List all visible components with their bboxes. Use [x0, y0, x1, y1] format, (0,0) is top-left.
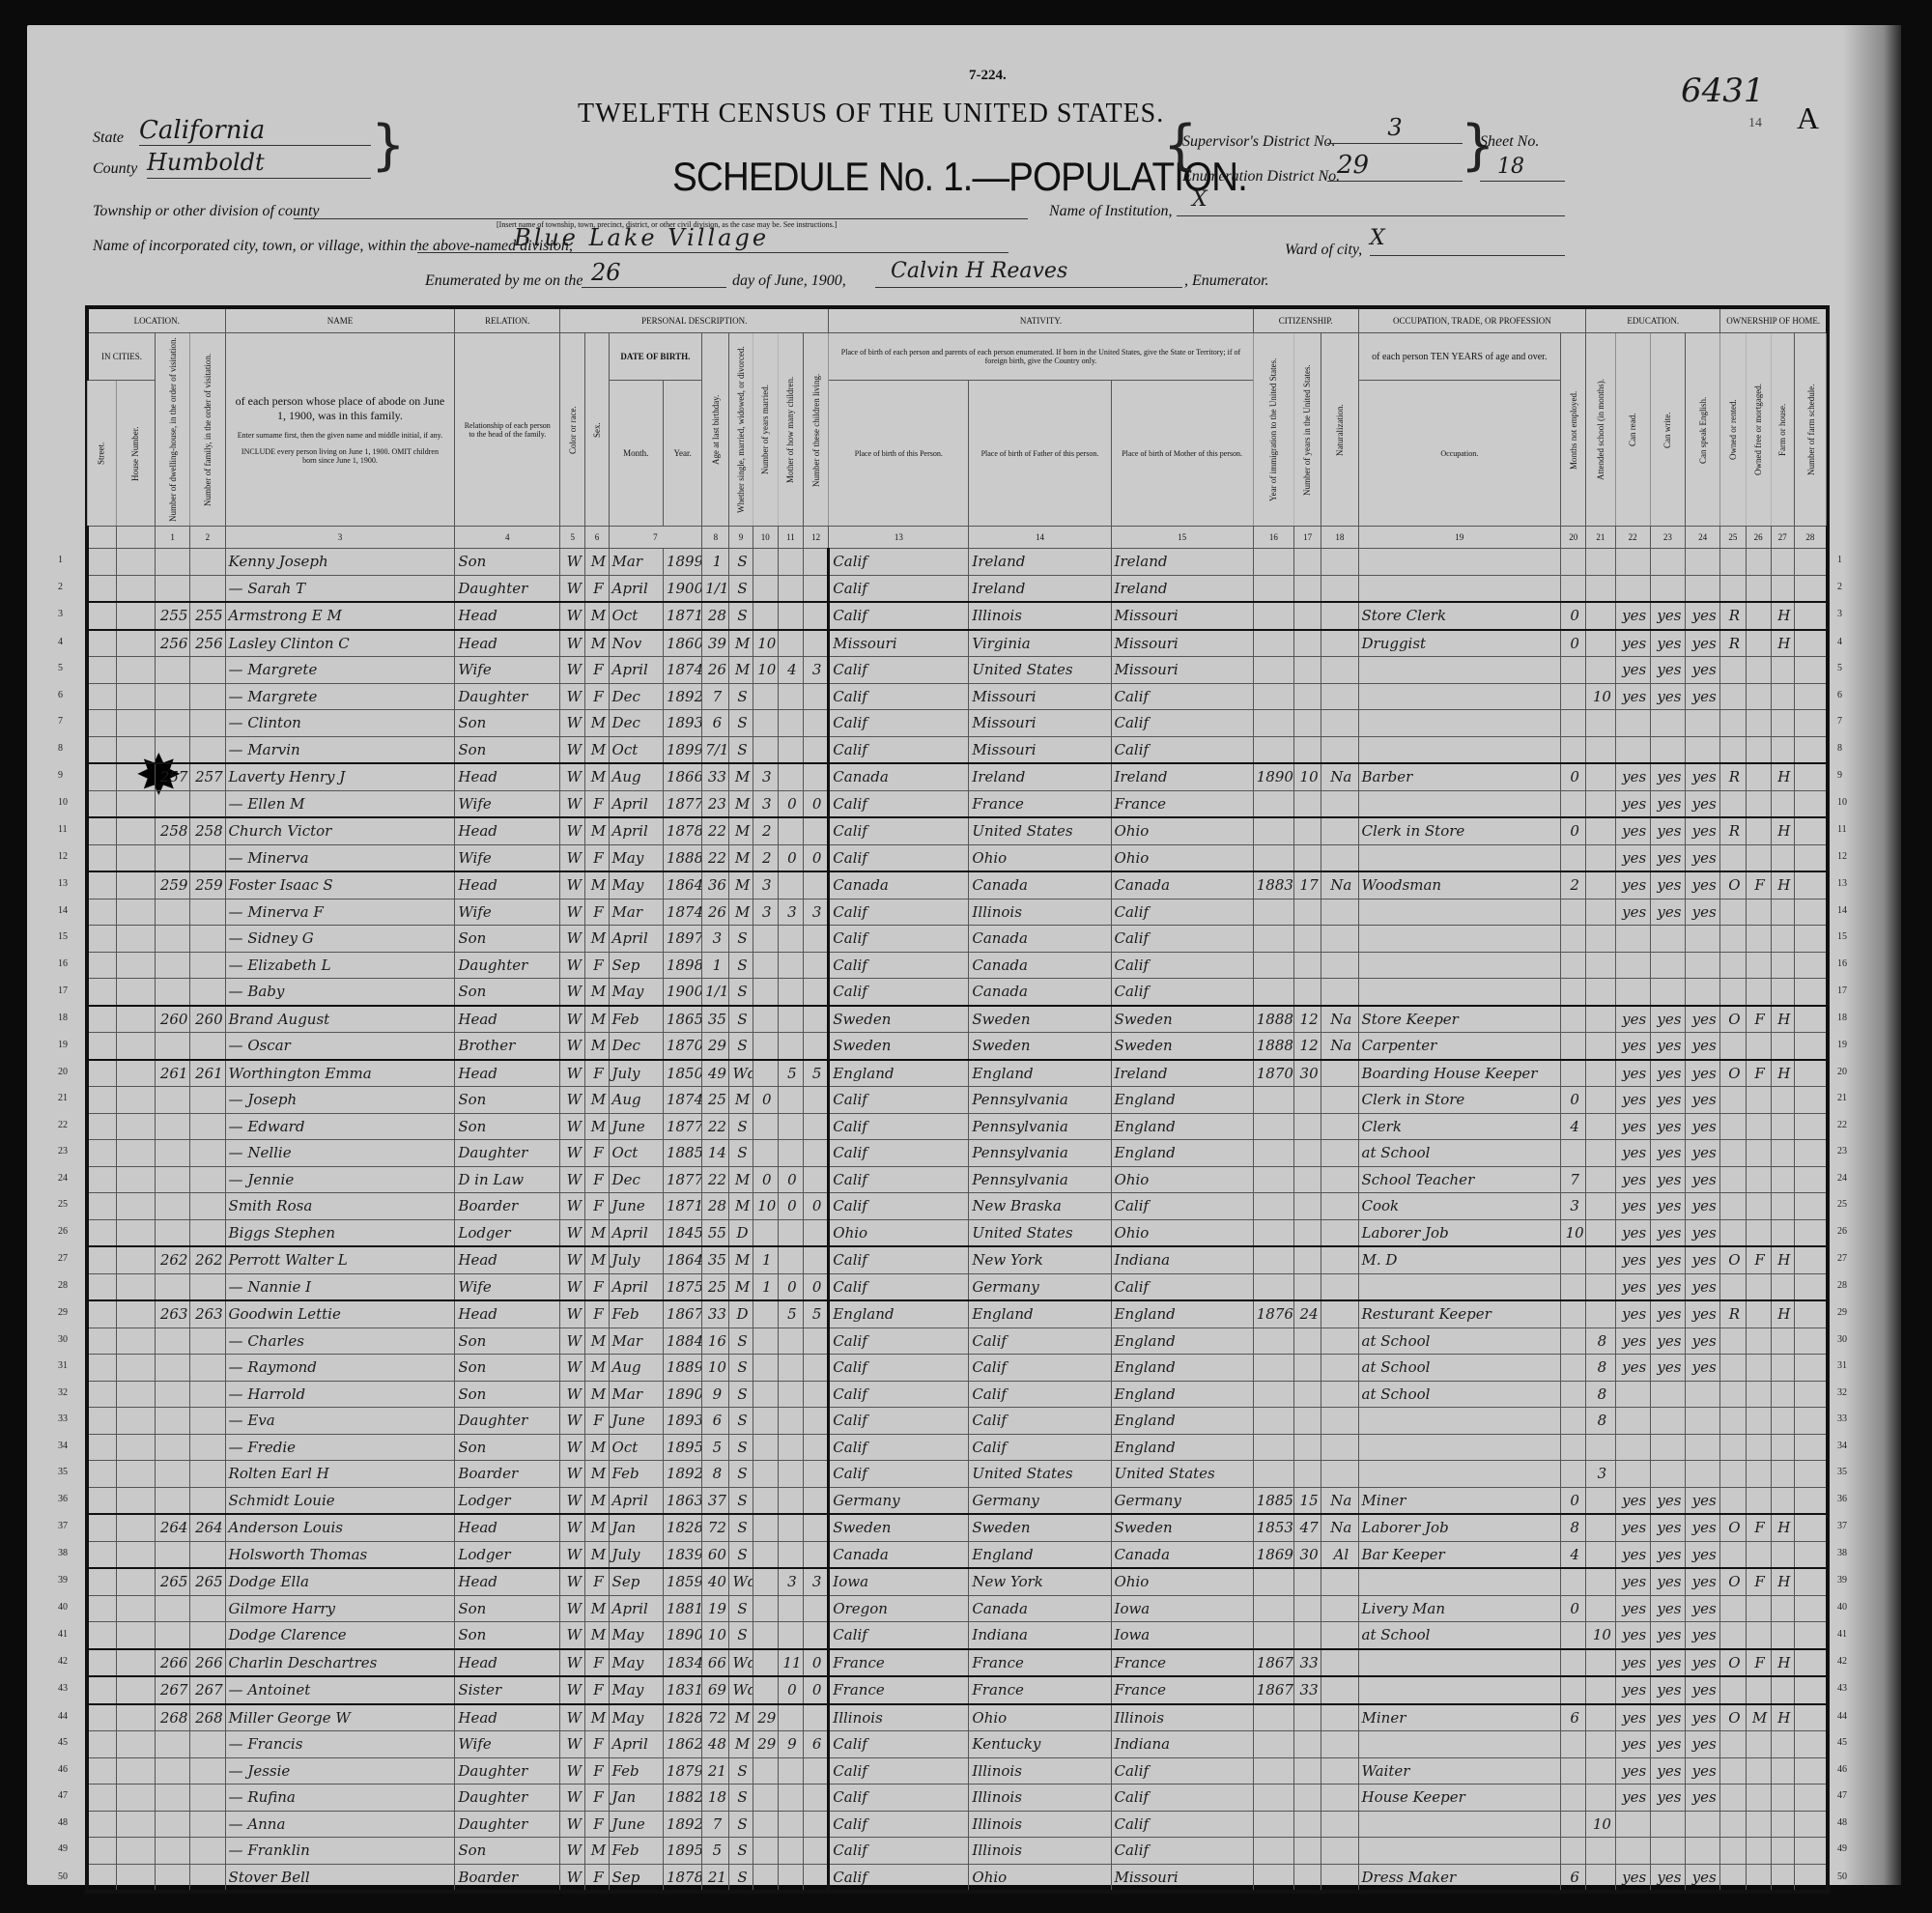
age-cell[interactable]: 72	[702, 1704, 729, 1731]
mother-of-children-cell[interactable]	[778, 1140, 803, 1167]
farm-house-cell[interactable]	[1771, 1087, 1794, 1114]
children-living-cell[interactable]	[804, 1595, 829, 1622]
can-speak-english-cell[interactable]: yes	[1686, 1731, 1720, 1758]
color-cell[interactable]: W	[560, 1033, 585, 1060]
birth-month-cell[interactable]: July	[609, 1246, 663, 1273]
person-name-cell[interactable]: Holsworth Thomas	[225, 1541, 455, 1568]
years-in-us-cell[interactable]	[1293, 1087, 1321, 1114]
relation-cell[interactable]: Son	[455, 549, 560, 576]
house-number-cell[interactable]	[116, 1355, 155, 1382]
birthplace-person-cell[interactable]: Canada	[829, 1541, 969, 1568]
farm-schedule-cell[interactable]	[1794, 1811, 1828, 1838]
birth-month-cell[interactable]: Mar	[609, 549, 663, 576]
owned-rented-cell[interactable]	[1720, 790, 1746, 817]
sex-cell[interactable]: M	[585, 1704, 609, 1731]
attended-school-cell[interactable]	[1586, 1541, 1615, 1568]
years-married-cell[interactable]	[753, 1060, 778, 1087]
attended-school-cell[interactable]	[1586, 1434, 1615, 1461]
months-unemployed-cell[interactable]	[1561, 1328, 1586, 1355]
age-cell[interactable]: 1/12	[702, 575, 729, 602]
naturalization-cell[interactable]: Na	[1321, 1487, 1358, 1514]
farm-schedule-cell[interactable]	[1794, 1487, 1828, 1514]
children-living-cell[interactable]	[804, 1514, 829, 1541]
sheet-number-field[interactable]: 18	[1480, 155, 1565, 182]
house-number-cell[interactable]	[116, 1113, 155, 1140]
years-married-cell[interactable]	[753, 1434, 778, 1461]
relation-cell[interactable]: Head	[455, 1060, 560, 1087]
relation-cell[interactable]: Head	[455, 1649, 560, 1677]
occupation-cell[interactable]: Livery Man	[1358, 1595, 1561, 1622]
naturalization-cell[interactable]	[1321, 817, 1358, 844]
birthplace-person-cell[interactable]: Calif	[829, 1408, 969, 1435]
house-number-cell[interactable]	[116, 844, 155, 871]
immigration-year-cell[interactable]: 1888	[1253, 1006, 1293, 1033]
free-mortgaged-cell[interactable]	[1746, 979, 1771, 1006]
marital-status-cell[interactable]: S	[729, 979, 753, 1006]
color-cell[interactable]: W	[560, 1785, 585, 1812]
age-cell[interactable]: 49	[702, 1060, 729, 1087]
birth-year-cell[interactable]: 1899	[663, 549, 701, 576]
house-number-cell[interactable]	[116, 1381, 155, 1408]
years-in-us-cell[interactable]	[1293, 630, 1321, 657]
person-name-cell[interactable]: — Jennie	[225, 1166, 455, 1193]
farm-house-cell[interactable]	[1771, 1487, 1794, 1514]
dwelling-number-cell[interactable]	[156, 1140, 190, 1167]
free-mortgaged-cell[interactable]	[1746, 657, 1771, 684]
children-living-cell[interactable]	[804, 1219, 829, 1246]
age-cell[interactable]: 35	[702, 1246, 729, 1273]
months-unemployed-cell[interactable]	[1561, 1355, 1586, 1382]
marital-status-cell[interactable]: S	[729, 1033, 753, 1060]
person-name-cell[interactable]: Anderson Louis	[225, 1514, 455, 1541]
immigration-year-cell[interactable]	[1253, 1273, 1293, 1300]
person-name-cell[interactable]: — Joseph	[225, 1087, 455, 1114]
family-number-cell[interactable]	[190, 1113, 225, 1140]
farm-house-cell[interactable]	[1771, 790, 1794, 817]
years-married-cell[interactable]: 0	[753, 1166, 778, 1193]
birth-month-cell[interactable]: Nov	[609, 630, 663, 657]
birth-year-cell[interactable]: 1850	[663, 1060, 701, 1087]
relation-cell[interactable]: Head	[455, 1568, 560, 1595]
birth-month-cell[interactable]: Oct	[609, 602, 663, 630]
dwelling-number-cell[interactable]	[156, 1408, 190, 1435]
sex-cell[interactable]: M	[585, 1461, 609, 1488]
naturalization-cell[interactable]: Na	[1321, 1006, 1358, 1033]
attended-school-cell[interactable]	[1586, 1864, 1615, 1892]
owned-rented-cell[interactable]	[1720, 1785, 1746, 1812]
birthplace-father-cell[interactable]: Canada	[969, 979, 1111, 1006]
birth-year-cell[interactable]: 1831	[663, 1676, 701, 1704]
occupation-cell[interactable]: Miner	[1358, 1704, 1561, 1731]
birthplace-mother-cell[interactable]: Calif	[1111, 1838, 1253, 1865]
family-number-cell[interactable]	[190, 1273, 225, 1300]
age-cell[interactable]: 16	[702, 1328, 729, 1355]
can-write-cell[interactable]: yes	[1650, 1514, 1685, 1541]
owned-rented-cell[interactable]: O	[1720, 1649, 1746, 1677]
can-read-cell[interactable]: yes	[1615, 1087, 1650, 1114]
marital-status-cell[interactable]: M	[729, 1087, 753, 1114]
birth-month-cell[interactable]: Jan	[609, 1785, 663, 1812]
sex-cell[interactable]: M	[585, 736, 609, 763]
farm-schedule-cell[interactable]	[1794, 1757, 1828, 1785]
attended-school-cell[interactable]	[1586, 710, 1615, 737]
color-cell[interactable]: W	[560, 1060, 585, 1087]
attended-school-cell[interactable]	[1586, 1785, 1615, 1812]
children-living-cell[interactable]	[804, 1434, 829, 1461]
mother-of-children-cell[interactable]	[778, 763, 803, 790]
state-field[interactable]: California	[139, 116, 371, 146]
sex-cell[interactable]: M	[585, 1246, 609, 1273]
mother-of-children-cell[interactable]: 0	[778, 790, 803, 817]
free-mortgaged-cell[interactable]	[1746, 1166, 1771, 1193]
months-unemployed-cell[interactable]: 4	[1561, 1541, 1586, 1568]
birthplace-father-cell[interactable]: France	[969, 1676, 1111, 1704]
birth-month-cell[interactable]: Mar	[609, 1381, 663, 1408]
relation-cell[interactable]: Boarder	[455, 1461, 560, 1488]
birth-month-cell[interactable]: Jan	[609, 1514, 663, 1541]
immigration-year-cell[interactable]	[1253, 1704, 1293, 1731]
birthplace-mother-cell[interactable]: France	[1111, 790, 1253, 817]
color-cell[interactable]: W	[560, 871, 585, 899]
sex-cell[interactable]: F	[585, 1731, 609, 1758]
can-write-cell[interactable]: yes	[1650, 602, 1685, 630]
naturalization-cell[interactable]	[1321, 549, 1358, 576]
birthplace-mother-cell[interactable]: Ireland	[1111, 575, 1253, 602]
house-number-cell[interactable]	[116, 575, 155, 602]
birth-year-cell[interactable]: 1892	[663, 1811, 701, 1838]
free-mortgaged-cell[interactable]	[1746, 1355, 1771, 1382]
farm-house-cell[interactable]	[1771, 1785, 1794, 1812]
person-name-cell[interactable]: Miller George W	[225, 1704, 455, 1731]
attended-school-cell[interactable]	[1586, 952, 1615, 979]
years-married-cell[interactable]	[753, 1514, 778, 1541]
family-number-cell[interactable]	[190, 1785, 225, 1812]
years-in-us-cell[interactable]	[1293, 1381, 1321, 1408]
years-married-cell[interactable]: 10	[753, 630, 778, 657]
farm-schedule-cell[interactable]	[1794, 1568, 1828, 1595]
birthplace-person-cell[interactable]: Calif	[829, 1113, 969, 1140]
months-unemployed-cell[interactable]: 7	[1561, 1166, 1586, 1193]
birthplace-mother-cell[interactable]: Missouri	[1111, 602, 1253, 630]
years-married-cell[interactable]	[753, 1113, 778, 1140]
can-write-cell[interactable]: yes	[1650, 844, 1685, 871]
person-name-cell[interactable]: — Rufina	[225, 1785, 455, 1812]
immigration-year-cell[interactable]	[1253, 1355, 1293, 1382]
can-read-cell[interactable]: yes	[1615, 1273, 1650, 1300]
can-speak-english-cell[interactable]: yes	[1686, 1785, 1720, 1812]
years-in-us-cell[interactable]	[1293, 710, 1321, 737]
owned-rented-cell[interactable]	[1720, 1864, 1746, 1892]
farm-schedule-cell[interactable]	[1794, 1166, 1828, 1193]
years-in-us-cell[interactable]	[1293, 1811, 1321, 1838]
street-cell[interactable]	[87, 871, 116, 899]
color-cell[interactable]: W	[560, 549, 585, 576]
years-in-us-cell[interactable]	[1293, 1355, 1321, 1382]
occupation-cell[interactable]: Clerk in Store	[1358, 817, 1561, 844]
relation-cell[interactable]: Son	[455, 1113, 560, 1140]
free-mortgaged-cell[interactable]	[1746, 790, 1771, 817]
relation-cell[interactable]: Head	[455, 1514, 560, 1541]
children-living-cell[interactable]	[804, 871, 829, 899]
can-read-cell[interactable]	[1615, 1811, 1650, 1838]
children-living-cell[interactable]	[804, 1785, 829, 1812]
farm-house-cell[interactable]: H	[1771, 1246, 1794, 1273]
birthplace-person-cell[interactable]: Calif	[829, 926, 969, 953]
naturalization-cell[interactable]	[1321, 1838, 1358, 1865]
farm-schedule-cell[interactable]	[1794, 1676, 1828, 1704]
family-number-cell[interactable]: 262	[190, 1246, 225, 1273]
supervisor-district-field[interactable]: 3	[1327, 114, 1463, 144]
age-cell[interactable]: 33	[702, 1300, 729, 1328]
birth-month-cell[interactable]: May	[609, 844, 663, 871]
can-speak-english-cell[interactable]	[1686, 979, 1720, 1006]
occupation-cell[interactable]: Dress Maker	[1358, 1864, 1561, 1892]
house-number-cell[interactable]	[116, 1676, 155, 1704]
years-married-cell[interactable]	[753, 1355, 778, 1382]
marital-status-cell[interactable]: S	[729, 1328, 753, 1355]
occupation-cell[interactable]: Cook	[1358, 1193, 1561, 1220]
color-cell[interactable]: W	[560, 1006, 585, 1033]
county-field[interactable]: Humboldt	[147, 149, 371, 179]
marital-status-cell[interactable]: D	[729, 1300, 753, 1328]
attended-school-cell[interactable]: 8	[1586, 1355, 1615, 1382]
street-cell[interactable]	[87, 1355, 116, 1382]
months-unemployed-cell[interactable]	[1561, 1811, 1586, 1838]
immigration-year-cell[interactable]	[1253, 1219, 1293, 1246]
immigration-year-cell[interactable]	[1253, 1434, 1293, 1461]
family-number-cell[interactable]: 267	[190, 1676, 225, 1704]
family-number-cell[interactable]	[190, 844, 225, 871]
birth-year-cell[interactable]: 1828	[663, 1704, 701, 1731]
occupation-cell[interactable]: at School	[1358, 1355, 1561, 1382]
farm-house-cell[interactable]: H	[1771, 1649, 1794, 1677]
birthplace-mother-cell[interactable]: England	[1111, 1381, 1253, 1408]
can-read-cell[interactable]: yes	[1615, 1514, 1650, 1541]
can-read-cell[interactable]: yes	[1615, 1193, 1650, 1220]
occupation-cell[interactable]: at School	[1358, 1381, 1561, 1408]
birthplace-mother-cell[interactable]: Ohio	[1111, 844, 1253, 871]
person-name-cell[interactable]: Gilmore Harry	[225, 1595, 455, 1622]
months-unemployed-cell[interactable]: 8	[1561, 1514, 1586, 1541]
owned-rented-cell[interactable]	[1720, 1166, 1746, 1193]
street-cell[interactable]	[87, 899, 116, 926]
owned-rented-cell[interactable]	[1720, 1328, 1746, 1355]
can-write-cell[interactable]: yes	[1650, 1219, 1685, 1246]
birthplace-mother-cell[interactable]: France	[1111, 1676, 1253, 1704]
years-married-cell[interactable]	[753, 575, 778, 602]
children-living-cell[interactable]	[804, 1838, 829, 1865]
dwelling-number-cell[interactable]: 265	[156, 1568, 190, 1595]
birth-month-cell[interactable]: April	[609, 1731, 663, 1758]
house-number-cell[interactable]	[116, 1033, 155, 1060]
can-read-cell[interactable]: yes	[1615, 1757, 1650, 1785]
person-name-cell[interactable]: — Fredie	[225, 1434, 455, 1461]
street-cell[interactable]	[87, 979, 116, 1006]
birth-month-cell[interactable]: April	[609, 790, 663, 817]
can-speak-english-cell[interactable]: yes	[1686, 844, 1720, 871]
relation-cell[interactable]: Head	[455, 630, 560, 657]
mother-of-children-cell[interactable]	[778, 1006, 803, 1033]
house-number-cell[interactable]	[116, 1300, 155, 1328]
birthplace-person-cell[interactable]: Calif	[829, 1731, 969, 1758]
person-name-cell[interactable]: — Elizabeth L	[225, 952, 455, 979]
occupation-cell[interactable]	[1358, 657, 1561, 684]
naturalization-cell[interactable]	[1321, 736, 1358, 763]
street-cell[interactable]	[87, 1731, 116, 1758]
birth-year-cell[interactable]: 1859	[663, 1568, 701, 1595]
attended-school-cell[interactable]	[1586, 602, 1615, 630]
immigration-year-cell[interactable]	[1253, 844, 1293, 871]
age-cell[interactable]: 23	[702, 790, 729, 817]
age-cell[interactable]: 19	[702, 1595, 729, 1622]
family-number-cell[interactable]: 256	[190, 630, 225, 657]
person-name-cell[interactable]: Rolten Earl H	[225, 1461, 455, 1488]
color-cell[interactable]: W	[560, 602, 585, 630]
birthplace-father-cell[interactable]: Ohio	[969, 1704, 1111, 1731]
years-married-cell[interactable]	[753, 549, 778, 576]
owned-rented-cell[interactable]: O	[1720, 1704, 1746, 1731]
children-living-cell[interactable]: 0	[804, 844, 829, 871]
immigration-year-cell[interactable]	[1253, 683, 1293, 710]
occupation-cell[interactable]	[1358, 736, 1561, 763]
farm-schedule-cell[interactable]	[1794, 602, 1828, 630]
census-row[interactable]: 263263Goodwin LettieHeadWFFeb186733D55En…	[87, 1300, 1828, 1328]
birthplace-mother-cell[interactable]: Ireland	[1111, 1060, 1253, 1087]
years-in-us-cell[interactable]	[1293, 1864, 1321, 1892]
birth-month-cell[interactable]: April	[609, 1219, 663, 1246]
census-row[interactable]: 264264Anderson LouisHeadWMJan182872SSwed…	[87, 1514, 1828, 1541]
mother-of-children-cell[interactable]: 5	[778, 1060, 803, 1087]
birthplace-father-cell[interactable]: Kentucky	[969, 1731, 1111, 1758]
dwelling-number-cell[interactable]	[156, 1328, 190, 1355]
relation-cell[interactable]: Son	[455, 1622, 560, 1649]
birth-month-cell[interactable]: April	[609, 926, 663, 953]
years-married-cell[interactable]: 10	[753, 1193, 778, 1220]
children-living-cell[interactable]	[804, 1864, 829, 1892]
age-cell[interactable]: 5	[702, 1838, 729, 1865]
years-married-cell[interactable]: 1	[753, 1273, 778, 1300]
marital-status-cell[interactable]: S	[729, 1811, 753, 1838]
relation-cell[interactable]: Boarder	[455, 1864, 560, 1892]
farm-house-cell[interactable]	[1771, 1622, 1794, 1649]
family-number-cell[interactable]	[190, 1731, 225, 1758]
birthplace-father-cell[interactable]: Ireland	[969, 575, 1111, 602]
can-read-cell[interactable]: yes	[1615, 1649, 1650, 1677]
years-married-cell[interactable]: 2	[753, 844, 778, 871]
census-row[interactable]: 260260Brand AugustHeadWMFeb186535SSweden…	[87, 1006, 1828, 1033]
street-cell[interactable]	[87, 1864, 116, 1892]
family-number-cell[interactable]	[190, 1622, 225, 1649]
naturalization-cell[interactable]	[1321, 1166, 1358, 1193]
can-speak-english-cell[interactable]: yes	[1686, 1219, 1720, 1246]
naturalization-cell[interactable]	[1321, 844, 1358, 871]
relation-cell[interactable]: Lodger	[455, 1487, 560, 1514]
sex-cell[interactable]: F	[585, 1864, 609, 1892]
color-cell[interactable]: W	[560, 1328, 585, 1355]
mother-of-children-cell[interactable]	[778, 1514, 803, 1541]
house-number-cell[interactable]	[116, 926, 155, 953]
can-read-cell[interactable]: yes	[1615, 1300, 1650, 1328]
birth-month-cell[interactable]: Feb	[609, 1838, 663, 1865]
attended-school-cell[interactable]	[1586, 899, 1615, 926]
years-married-cell[interactable]	[753, 1461, 778, 1488]
free-mortgaged-cell[interactable]	[1746, 1676, 1771, 1704]
can-read-cell[interactable]	[1615, 1408, 1650, 1435]
farm-house-cell[interactable]	[1771, 1328, 1794, 1355]
house-number-cell[interactable]	[116, 1328, 155, 1355]
years-in-us-cell[interactable]	[1293, 1140, 1321, 1167]
person-name-cell[interactable]: — Ellen M	[225, 790, 455, 817]
can-read-cell[interactable]: yes	[1615, 1355, 1650, 1382]
census-row[interactable]: — HarroldSonWMMar18909SCalifCalifEngland…	[87, 1381, 1828, 1408]
age-cell[interactable]: 14	[702, 1140, 729, 1167]
attended-school-cell[interactable]: 3	[1586, 1461, 1615, 1488]
age-cell[interactable]: 22	[702, 1113, 729, 1140]
attended-school-cell[interactable]	[1586, 979, 1615, 1006]
birthplace-mother-cell[interactable]: Ohio	[1111, 1166, 1253, 1193]
birthplace-person-cell[interactable]: Calif	[829, 1355, 969, 1382]
color-cell[interactable]: W	[560, 1246, 585, 1273]
can-read-cell[interactable]: yes	[1615, 1487, 1650, 1514]
mother-of-children-cell[interactable]	[778, 1811, 803, 1838]
mother-of-children-cell[interactable]	[778, 1595, 803, 1622]
owned-rented-cell[interactable]	[1720, 1757, 1746, 1785]
birthplace-mother-cell[interactable]: England	[1111, 1087, 1253, 1114]
farm-schedule-cell[interactable]	[1794, 1864, 1828, 1892]
family-number-cell[interactable]	[190, 1328, 225, 1355]
owned-rented-cell[interactable]	[1720, 1219, 1746, 1246]
occupation-cell[interactable]	[1358, 1408, 1561, 1435]
years-married-cell[interactable]	[753, 1300, 778, 1328]
sex-cell[interactable]: M	[585, 871, 609, 899]
can-write-cell[interactable]: yes	[1650, 630, 1685, 657]
birth-month-cell[interactable]: July	[609, 1060, 663, 1087]
free-mortgaged-cell[interactable]	[1746, 683, 1771, 710]
birthplace-person-cell[interactable]: Calif	[829, 1461, 969, 1488]
can-write-cell[interactable]	[1650, 1838, 1685, 1865]
dwelling-number-cell[interactable]	[156, 1785, 190, 1812]
owned-rented-cell[interactable]: R	[1720, 817, 1746, 844]
naturalization-cell[interactable]	[1321, 1595, 1358, 1622]
color-cell[interactable]: W	[560, 763, 585, 790]
free-mortgaged-cell[interactable]	[1746, 1811, 1771, 1838]
age-cell[interactable]: 7	[702, 683, 729, 710]
months-unemployed-cell[interactable]	[1561, 1060, 1586, 1087]
occupation-cell[interactable]: Clerk in Store	[1358, 1087, 1561, 1114]
can-read-cell[interactable]	[1615, 710, 1650, 737]
census-row[interactable]: — Sarah TDaughterWFApril19001/12SCalifIr…	[87, 575, 1828, 602]
can-speak-english-cell[interactable]: yes	[1686, 1864, 1720, 1892]
relation-cell[interactable]: Lodger	[455, 1219, 560, 1246]
age-cell[interactable]: 29	[702, 1033, 729, 1060]
relation-cell[interactable]: Daughter	[455, 1140, 560, 1167]
birth-year-cell[interactable]: 1862	[663, 1731, 701, 1758]
attended-school-cell[interactable]	[1586, 575, 1615, 602]
birthplace-mother-cell[interactable]: England	[1111, 1355, 1253, 1382]
occupation-cell[interactable]: Carpenter	[1358, 1033, 1561, 1060]
street-cell[interactable]	[87, 1113, 116, 1140]
birthplace-mother-cell[interactable]: Iowa	[1111, 1595, 1253, 1622]
attended-school-cell[interactable]	[1586, 790, 1615, 817]
age-cell[interactable]: 40	[702, 1568, 729, 1595]
children-living-cell[interactable]: 0	[804, 1273, 829, 1300]
months-unemployed-cell[interactable]	[1561, 1731, 1586, 1758]
age-cell[interactable]: 25	[702, 1273, 729, 1300]
children-living-cell[interactable]	[804, 763, 829, 790]
farm-schedule-cell[interactable]	[1794, 1060, 1828, 1087]
house-number-cell[interactable]	[116, 1434, 155, 1461]
owned-rented-cell[interactable]	[1720, 549, 1746, 576]
